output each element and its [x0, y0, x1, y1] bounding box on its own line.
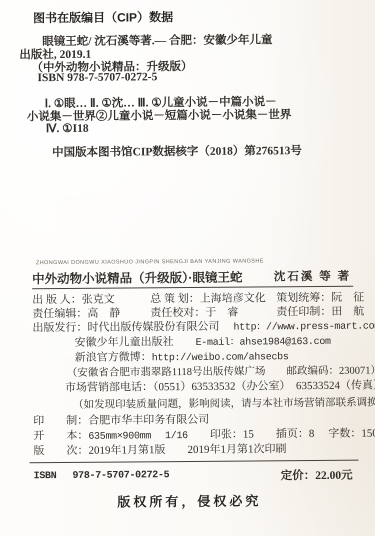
weibo-url: http://weibo.com/ahsecbs: [152, 352, 289, 364]
inserts-count: 插页：8: [276, 428, 315, 440]
cip-classification-line3: Ⅳ. ①I18: [46, 121, 89, 135]
weibo-row: 新浪官方微博：http://weibo.com/ahsecbs: [75, 350, 289, 366]
cip-header: 图书在版编目（CIP）数据: [33, 8, 173, 26]
cip-record-number: 中国版本图书馆CIP数据核字（2018）第276513号: [52, 142, 302, 160]
press-email-label: E-mail：: [196, 338, 240, 349]
quality-note-row: （如发现印装质量问题，影响阅读，请与本社市场营销部联系调换）: [73, 396, 375, 411]
book-copyright-page: 图书在版编目（CIP）数据 眼镜王蛇/ 沈石溪等著.— 合肥：安徽少年儿童 出版…: [0, 0, 375, 536]
book-title: 中外动物小说精品（升级版）·眼镜王蛇: [32, 271, 243, 287]
press-row: 安徽少年儿童出版社E-mail：ahse1984@163.com: [75, 335, 331, 351]
press-name: 安徽少年儿童出版社: [75, 336, 174, 349]
price-value: 定价：22.00元: [281, 467, 353, 484]
cip-isbn-line: ISBN 978-7-5707-0272-5: [37, 71, 157, 84]
printer-label: 印 制：: [33, 415, 88, 427]
publisher-row: 出版发行：时代出版传媒股份有限公司http：//www.press-mart.c…: [32, 319, 375, 336]
editor-label: 责任编辑：: [32, 308, 87, 320]
edition-value: 2019年1月第1版: [88, 444, 165, 457]
word-count: 字数：150千字: [328, 427, 375, 440]
proofreader-label: 责任校对：: [150, 307, 205, 319]
book-authors: 沈石溪 等 著: [274, 268, 351, 285]
format-row: 开 本：635mm×900mm1/16印张：15插页：8字数：150千字: [33, 427, 375, 444]
address-row: （安徽省合肥市翡翠路1118号出版传媒广场 邮政编码：230071）: [67, 364, 375, 379]
planning-coordinator-value: 阮 征: [331, 292, 364, 304]
sheets-count: 印张：15: [210, 428, 254, 440]
press-email: ahse1984@163.com: [239, 337, 330, 349]
weibo-label: 新浪官方微博：: [75, 351, 152, 364]
format-fraction: 1/16: [165, 431, 188, 442]
isbn-number: 978-7-5707-0272-5: [72, 470, 169, 482]
divider-bottom: [30, 460, 359, 464]
format-label: 开 本：: [33, 430, 88, 442]
publisher-website: http：//www.press-mart.com: [233, 321, 375, 333]
chief-planner-label: 总 策 划：: [150, 293, 200, 305]
scanned-sheet: 图书在版编目（CIP）数据 眼镜王蛇/ 沈石溪等著.— 合肥：安徽少年儿童 出版…: [0, 0, 375, 536]
staff-row-1: 出 版 人：张克文 总 策 划：上海培彦文化 策划统筹：阮 征: [32, 292, 353, 308]
isbn-label: ISBN: [34, 471, 57, 482]
planning-coordinator-label: 策划统筹：: [276, 292, 331, 304]
format-size: 635mm×900mm: [88, 431, 151, 442]
publisher-label: 出版发行：: [32, 322, 87, 334]
copyright-notice: 版权所有，侵权必究: [2, 490, 375, 512]
publisher-company: 时代出版传媒股份有限公司: [87, 321, 219, 334]
isbn-price-row: ISBN978-7-5707-0272-5 定价：22.00元: [34, 467, 355, 483]
print-supervisor-value: 田 航: [331, 306, 364, 318]
print-supervisor-label: 责任印制：: [276, 306, 331, 318]
edition-label: 版 次：: [33, 445, 88, 457]
staff-row-2: 责任编辑：高 静 责任校对：于 睿 责任印制：田 航: [32, 306, 353, 322]
chief-planner-value: 上海培彦文化: [200, 292, 266, 305]
edition-row: 版 次：2019年1月第1版2019年1月第1次印刷: [33, 443, 286, 458]
printer-name: 合肥市华丰印务有限公司: [88, 414, 209, 427]
proofreader-value: 于 睿: [205, 307, 238, 319]
series-pinyin: ZHONGWAI DONGWU XIAOSHUO JINGPIN SHENGJI…: [36, 258, 264, 266]
printer-row: 印 制：合肥市华丰印务有限公司: [33, 414, 209, 428]
publisher-person-value: 张克文: [82, 294, 115, 306]
book-title-row: 中外动物小说精品（升级版）·眼镜王蛇 沈石溪 等 著: [32, 267, 353, 288]
marketing-phone-row: 市场营销部电话：（0551）63533532（办公室） 63533524（传真）: [65, 379, 375, 395]
publisher-person-label: 出 版 人：: [32, 294, 82, 306]
impression-value: 2019年1月第1次印刷: [187, 443, 286, 456]
editor-value: 高 静: [87, 308, 120, 320]
